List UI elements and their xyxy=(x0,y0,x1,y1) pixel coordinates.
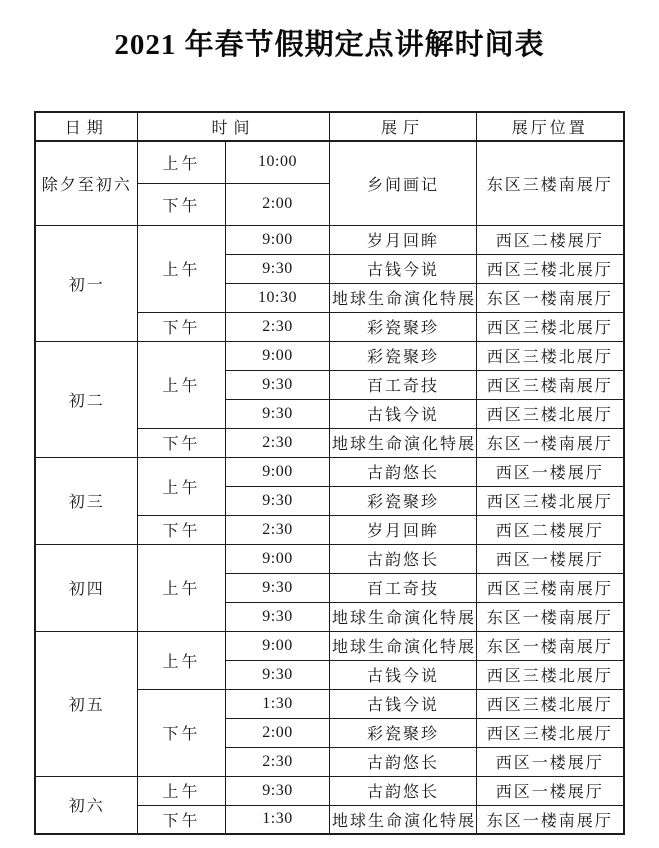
period-cell: 下午 xyxy=(137,515,225,544)
schedule-row: 除夕至初六上午10:00乡间画记东区三楼南展厅 xyxy=(35,141,623,183)
time-cell: 9:30 xyxy=(225,254,329,283)
hall-cell: 古韵悠长 xyxy=(330,457,477,486)
hall-cell: 岁月回眸 xyxy=(330,225,477,254)
location-cell: 西区三楼南展厅 xyxy=(477,370,624,399)
period-cell: 上午 xyxy=(137,631,225,689)
location-cell: 西区二楼展厅 xyxy=(477,225,624,254)
time-cell: 1:30 xyxy=(225,805,329,834)
location-cell: 西区三楼北展厅 xyxy=(477,660,624,689)
hall-cell: 古韵悠长 xyxy=(330,747,477,776)
time-cell: 9:30 xyxy=(225,660,329,689)
schedule-row: 初六上午9:30古韵悠长西区一楼展厅 xyxy=(35,776,623,805)
col-header-hall: 展厅 xyxy=(330,112,477,141)
schedule-table-body: 除夕至初六上午10:00乡间画记东区三楼南展厅下午2:00初一上午9:00岁月回… xyxy=(35,141,623,834)
location-cell: 西区一楼展厅 xyxy=(477,747,624,776)
time-cell: 10:30 xyxy=(225,283,329,312)
location-cell: 东区一楼南展厅 xyxy=(477,805,624,834)
hall-cell: 地球生命演化特展 xyxy=(330,428,477,457)
header-row: 日期 时间 展厅 展厅位置 xyxy=(35,112,623,141)
time-cell: 9:30 xyxy=(225,573,329,602)
location-cell: 西区三楼北展厅 xyxy=(477,689,624,718)
time-cell: 9:30 xyxy=(225,602,329,631)
time-cell: 9:00 xyxy=(225,225,329,254)
location-cell: 西区一楼展厅 xyxy=(477,457,624,486)
hall-cell: 古钱今说 xyxy=(330,399,477,428)
period-cell: 下午 xyxy=(137,689,225,776)
period-cell: 上午 xyxy=(137,225,225,312)
date-cell: 初四 xyxy=(35,544,137,631)
location-cell: 西区三楼北展厅 xyxy=(477,254,624,283)
schedule-table: 日期 时间 展厅 展厅位置 除夕至初六上午10:00乡间画记东区三楼南展厅下午2… xyxy=(34,111,624,835)
period-cell: 下午 xyxy=(137,312,225,341)
hall-cell: 古钱今说 xyxy=(330,254,477,283)
location-cell: 东区一楼南展厅 xyxy=(477,602,624,631)
location-cell: 西区三楼北展厅 xyxy=(477,341,624,370)
period-cell: 上午 xyxy=(137,457,225,515)
hall-cell: 彩瓷聚珍 xyxy=(330,312,477,341)
hall-cell: 地球生命演化特展 xyxy=(330,602,477,631)
schedule-row: 初五上午9:00地球生命演化特展东区一楼南展厅 xyxy=(35,631,623,660)
time-cell: 9:30 xyxy=(225,399,329,428)
hall-cell: 彩瓷聚珍 xyxy=(330,486,477,515)
hall-cell: 岁月回眸 xyxy=(330,515,477,544)
hall-cell: 百工奇技 xyxy=(330,370,477,399)
hall-cell: 地球生命演化特展 xyxy=(330,805,477,834)
hall-cell: 古韵悠长 xyxy=(330,776,477,805)
hall-cell: 地球生命演化特展 xyxy=(330,631,477,660)
time-cell: 9:30 xyxy=(225,776,329,805)
location-cell: 东区一楼南展厅 xyxy=(477,428,624,457)
location-cell: 东区一楼南展厅 xyxy=(477,631,624,660)
schedule-row: 初四上午9:00古韵悠长西区一楼展厅 xyxy=(35,544,623,573)
location-cell: 东区三楼南展厅 xyxy=(477,141,624,225)
hall-cell: 古韵悠长 xyxy=(330,544,477,573)
schedule-row: 初一上午9:00岁月回眸西区二楼展厅 xyxy=(35,225,623,254)
date-cell: 除夕至初六 xyxy=(35,141,137,225)
hall-cell: 百工奇技 xyxy=(330,573,477,602)
period-cell: 下午 xyxy=(137,183,225,225)
time-cell: 2:30 xyxy=(225,747,329,776)
location-cell: 西区三楼北展厅 xyxy=(477,486,624,515)
time-cell: 9:00 xyxy=(225,631,329,660)
hall-cell: 彩瓷聚珍 xyxy=(330,341,477,370)
period-cell: 上午 xyxy=(137,544,225,631)
time-cell: 9:30 xyxy=(225,370,329,399)
time-cell: 10:00 xyxy=(225,141,329,183)
schedule-row: 初三上午9:00古韵悠长西区一楼展厅 xyxy=(35,457,623,486)
hall-cell: 古钱今说 xyxy=(330,660,477,689)
time-cell: 2:30 xyxy=(225,515,329,544)
location-cell: 西区一楼展厅 xyxy=(477,776,624,805)
date-cell: 初二 xyxy=(35,341,137,457)
time-cell: 9:00 xyxy=(225,457,329,486)
hall-cell: 乡间画记 xyxy=(330,141,477,225)
time-cell: 9:30 xyxy=(225,486,329,515)
hall-cell: 古钱今说 xyxy=(330,689,477,718)
time-cell: 2:00 xyxy=(225,183,329,225)
location-cell: 西区三楼南展厅 xyxy=(477,573,624,602)
date-cell: 初五 xyxy=(35,631,137,776)
col-header-date: 日期 xyxy=(35,112,137,141)
period-cell: 上午 xyxy=(137,141,225,183)
location-cell: 西区三楼北展厅 xyxy=(477,399,624,428)
time-cell: 2:00 xyxy=(225,718,329,747)
period-cell: 下午 xyxy=(137,805,225,834)
time-cell: 9:00 xyxy=(225,341,329,370)
col-header-location: 展厅位置 xyxy=(477,112,624,141)
date-cell: 初六 xyxy=(35,776,137,834)
location-cell: 西区一楼展厅 xyxy=(477,544,624,573)
col-header-time: 时间 xyxy=(137,112,329,141)
period-cell: 下午 xyxy=(137,428,225,457)
date-cell: 初三 xyxy=(35,457,137,544)
hall-cell: 地球生命演化特展 xyxy=(330,283,477,312)
location-cell: 西区三楼北展厅 xyxy=(477,718,624,747)
time-cell: 1:30 xyxy=(225,689,329,718)
hall-cell: 彩瓷聚珍 xyxy=(330,718,477,747)
location-cell: 西区三楼北展厅 xyxy=(477,312,624,341)
time-cell: 2:30 xyxy=(225,312,329,341)
location-cell: 东区一楼南展厅 xyxy=(477,283,624,312)
period-cell: 上午 xyxy=(137,776,225,805)
location-cell: 西区二楼展厅 xyxy=(477,515,624,544)
time-cell: 2:30 xyxy=(225,428,329,457)
period-cell: 上午 xyxy=(137,341,225,428)
schedule-row: 初二上午9:00彩瓷聚珍西区三楼北展厅 xyxy=(35,341,623,370)
time-cell: 9:00 xyxy=(225,544,329,573)
date-cell: 初一 xyxy=(35,225,137,341)
document-page: 2021 年春节假期定点讲解时间表 日期 时间 展厅 展厅位置 除夕至初六上午1… xyxy=(0,0,659,848)
page-title: 2021 年春节假期定点讲解时间表 xyxy=(0,0,659,63)
